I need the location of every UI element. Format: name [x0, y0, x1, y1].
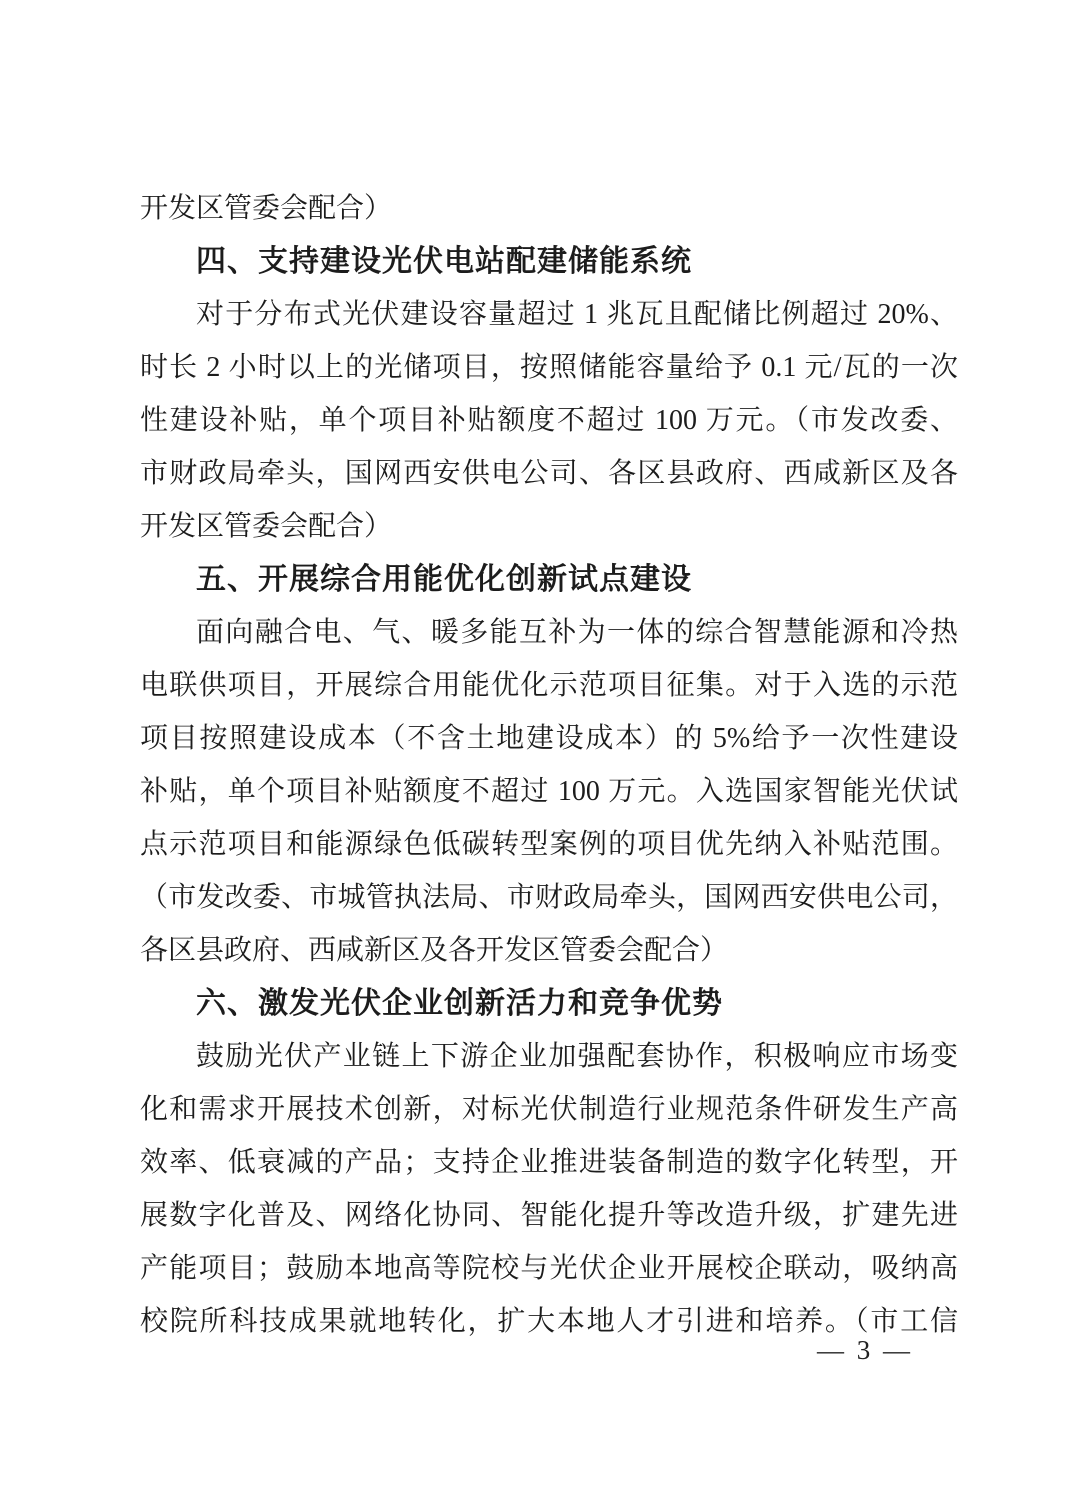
closing-note-line: 开发区管委会配合）: [140, 182, 958, 235]
document-body: 开发区管委会配合） 四、支持建设光伏电站配建储能系统 对于分布式光伏建设容量超过…: [140, 182, 958, 1348]
section-5-paragraph-line-7: 各区县政府、西咸新区及各开发区管委会配合）: [140, 924, 958, 977]
section-4-paragraph-line-4: 市财政局牵头，国网西安供电公司、各区县政府、西咸新区及各: [140, 447, 958, 500]
section-6-paragraph-line-5: 产能项目；鼓励本地高等院校与光伏企业开展校企联动，吸纳高: [140, 1242, 958, 1295]
section-4-paragraph-line-1: 对于分布式光伏建设容量超过 1 兆瓦且配储比例超过 20%、: [140, 288, 958, 341]
section-6-heading: 六、激发光伏企业创新活力和竞争优势: [140, 977, 958, 1030]
section-5-heading: 五、开展综合用能优化创新试点建设: [140, 553, 958, 606]
section-5-paragraph-line-4: 补贴，单个项目补贴额度不超过 100 万元。入选国家智能光伏试: [140, 765, 958, 818]
section-6-paragraph-line-4: 展数字化普及、网络化协同、智能化提升等改造升级，扩建先进: [140, 1189, 958, 1242]
section-6-paragraph-line-1: 鼓励光伏产业链上下游企业加强配套协作，积极响应市场变: [140, 1030, 958, 1083]
document-page: 开发区管委会配合） 四、支持建设光伏电站配建储能系统 对于分布式光伏建设容量超过…: [0, 0, 1080, 1494]
section-6-paragraph-line-3: 效率、低衰减的产品；支持企业推进装备制造的数字化转型，开: [140, 1136, 958, 1189]
section-4-paragraph-line-3: 性建设补贴，单个项目补贴额度不超过 100 万元。（市发改委、: [140, 394, 958, 447]
section-5-paragraph-line-2: 电联供项目，开展综合用能优化示范项目征集。对于入选的示范: [140, 659, 958, 712]
section-5-paragraph-line-6: （市发改委、市城管执法局、市财政局牵头，国网西安供电公司，: [140, 871, 958, 924]
section-6-paragraph-line-2: 化和需求开展技术创新，对标光伏制造行业规范条件研发生产高: [140, 1083, 958, 1136]
page-number: — 3 —: [817, 1334, 913, 1366]
section-4-paragraph-line-2: 时长 2 小时以上的光储项目，按照储能容量给予 0.1 元/瓦的一次: [140, 341, 958, 394]
section-4-heading: 四、支持建设光伏电站配建储能系统: [140, 235, 958, 288]
section-5-paragraph-line-5: 点示范项目和能源绿色低碳转型案例的项目优先纳入补贴范围。: [140, 818, 958, 871]
section-5-paragraph-line-1: 面向融合电、气、暖多能互补为一体的综合智慧能源和冷热: [140, 606, 958, 659]
section-5-paragraph-line-3: 项目按照建设成本（不含土地建设成本）的 5%给予一次性建设: [140, 712, 958, 765]
section-4-paragraph-line-5: 开发区管委会配合）: [140, 500, 958, 553]
